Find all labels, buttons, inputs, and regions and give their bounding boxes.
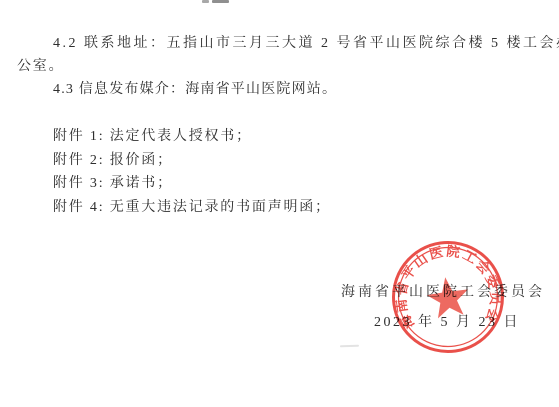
- paragraph-contact-address-line2: 公室。: [17, 59, 64, 75]
- scan-artifact: [340, 345, 359, 348]
- attachment-item-1: 附件 1: 法定代表人授权书；: [53, 129, 252, 145]
- paragraph-contact-address-line1: 4.2 联系地址：五指山市三月三大道 2 号省平山医院综合楼 5 楼工会办: [53, 36, 559, 52]
- page-top-cutoff-artifact: [212, 0, 229, 3]
- seal-star-icon: [425, 274, 472, 319]
- page-top-cutoff-artifact: [202, 0, 209, 3]
- attachment-item-3: 附件 3: 承诺书；: [53, 176, 173, 192]
- document-page: 4.2 联系地址：五指山市三月三大道 2 号省平山医院综合楼 5 楼工会办 公室…: [0, 0, 559, 407]
- paragraph-publish-media: 4.3 信息发布媒介：海南省平山医院网站。: [53, 82, 337, 98]
- attachment-item-2: 附件 2: 报价函；: [53, 153, 173, 169]
- attachment-item-4: 附件 4: 无重大违法记录的书面声明函；: [53, 200, 331, 216]
- official-seal-stamp: 海南省平山医院工会委员会: [379, 228, 517, 366]
